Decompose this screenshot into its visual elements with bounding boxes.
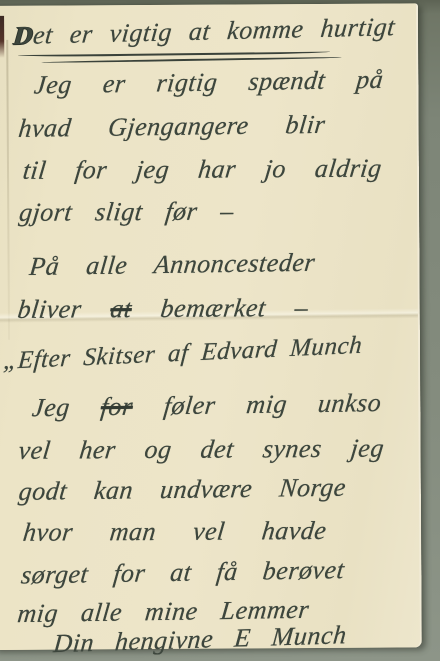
- handwriting-text: hvad Gjengangere blir: [17, 110, 327, 143]
- handwriting-line: bliver at bemærket –: [16, 293, 310, 325]
- handwriting-text: gjort sligt før –: [18, 196, 236, 226]
- handwriting-text: Jeg: [31, 392, 103, 422]
- letter-paper: Det er vigtig at komme hurtigtJeg er rig…: [0, 3, 422, 650]
- handwriting-text: vel her og det synes jeg: [17, 434, 386, 465]
- handwriting-text: til for jeg har jo aldrig: [21, 154, 383, 185]
- handwriting-text: På alle Annoncesteder: [28, 248, 317, 281]
- handwriting-line: „Efter Skitser af Edvard Munch: [2, 332, 363, 376]
- handwriting-text: føler mig unkso: [131, 388, 383, 421]
- handwriting-text: bemærket –: [130, 293, 310, 323]
- handwriting-line: gjort sligt før –: [18, 196, 236, 227]
- handwriting-text: et er vigtig at komme hurtigt: [32, 12, 397, 50]
- letter-lines: Det er vigtig at komme hurtigtJeg er rig…: [0, 3, 420, 650]
- handwriting-text: „Efter Skitser af Edvard Munch: [2, 332, 363, 375]
- handwriting-text: sørget for at få berøvet: [20, 555, 346, 589]
- handwriting-line: til for jeg har jo aldrig: [21, 154, 383, 186]
- handwriting-line: Det er vigtig at komme hurtigt: [12, 12, 396, 51]
- scanned-letter-photo: Det er vigtig at komme hurtigtJeg er rig…: [0, 0, 440, 661]
- handwriting-line: På alle Annoncesteder: [28, 248, 317, 282]
- struck-out-word: for: [99, 392, 134, 421]
- handwriting-line: godt kan undvære Norge: [17, 473, 347, 507]
- handwriting-line: Jeg for føler mig unkso: [31, 388, 383, 423]
- handwriting-text: hvor man vel havde: [22, 516, 329, 547]
- handwriting-line: Jeg er rigtig spændt på: [33, 65, 385, 101]
- handwriting-text: godt kan undvære Norge: [17, 473, 347, 506]
- handwriting-line: hvad Gjengangere blir: [17, 110, 327, 144]
- handwriting-line: vel her og det synes jeg: [17, 434, 386, 466]
- handwriting-line: sørget for at få berøvet: [20, 555, 346, 590]
- handwriting-text: bliver: [16, 294, 112, 324]
- handwriting-line: hvor man vel havde: [21, 516, 328, 548]
- handwriting-text: Jeg er rigtig spændt på: [33, 65, 385, 100]
